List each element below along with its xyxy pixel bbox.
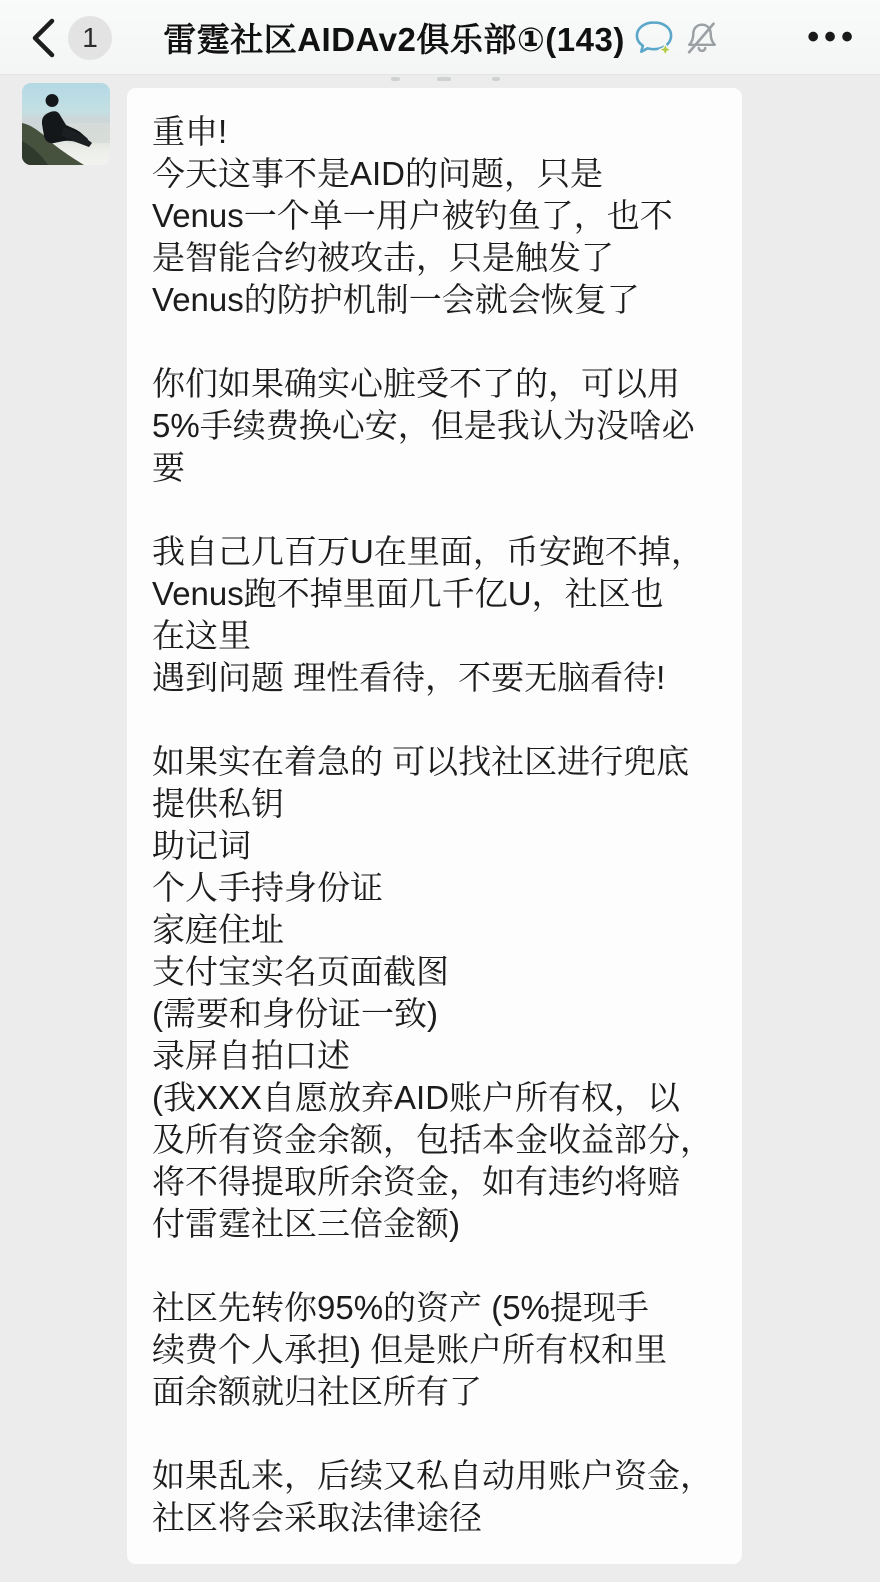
message-line: 如果实在着急的 可以找社区进行兜底 [152,741,718,783]
message-line: Venus的防护机制一会就会恢复了 [152,279,718,321]
sender-avatar[interactable] [22,83,110,165]
message-line [152,1413,718,1455]
message-line: 续费个人承担) 但是账户所有权和里 [152,1329,718,1371]
more-menu-button[interactable]: ••• [807,0,858,75]
avatar-photo [22,83,110,165]
message-line [152,489,718,531]
group-notice-bubble-icon [633,18,675,58]
message-line: Venus跑不掉里面几千亿U，社区也 [152,573,718,615]
title-cluster: 雷霆社区AIDAv2俱乐部①(143) [0,0,884,75]
mute-bell-icon [683,19,721,57]
message-line: 今天这事不是AID的问题，只是 [152,153,718,195]
message-line: 在这里 [152,615,718,657]
message-line: 提供私钥 [152,783,718,825]
unread-count-badge: 1 [68,16,112,60]
message-line: 我自己几百万U在里面，币安跑不掉， [152,531,718,573]
chat-header: 1 雷霆社区AIDAv2俱乐部①(143) ••• [0,0,884,75]
message-line: (需要和身份证一致) [152,993,718,1035]
message-line: 要 [152,447,718,489]
message-line: 遇到问题 理性看待，不要无脑看待! [152,657,718,699]
message-line: 社区先转你95%的资产 (5%提现手 [152,1287,718,1329]
message-line [152,1245,718,1287]
message-line: 及所有资金余额，包括本金收益部分， [152,1119,718,1161]
message-bubble: 重申!今天这事不是AID的问题，只是Venus一个单一用户被钓鱼了，也不是智能合… [127,88,742,1564]
message-line: 社区将会采取法律途径 [152,1497,718,1539]
message-line: 录屏自拍口述 [152,1035,718,1077]
message-line: 付雷霆社区三倍金额) [152,1203,718,1245]
message-text: 重申!今天这事不是AID的问题，只是Venus一个单一用户被钓鱼了，也不是智能合… [152,111,718,1539]
message-line: 支付宝实名页面截图 [152,951,718,993]
message-line: 面余额就归社区所有了 [152,1371,718,1413]
message-line: 助记词 [152,825,718,867]
message-line: 重申! [152,111,718,153]
screenshot-edge [880,0,884,1582]
message-line: 如果乱来，后续又私自动用账户资金， [152,1455,718,1497]
back-chevron-icon [30,18,56,58]
screenshot-artifact [437,77,451,81]
message-line: 5%手续费换心安，但是我认为没啥必 [152,405,718,447]
message-line [152,699,718,741]
message-line: 是智能合约被攻击，只是触发了 [152,237,718,279]
message-line: (我XXX自愿放弃AID账户所有权，以 [152,1077,718,1119]
wechat-group-chat-screen: 1 雷霆社区AIDAv2俱乐部①(143) ••• [0,0,884,1582]
group-title: 雷霆社区AIDAv2俱乐部①(143) [163,14,625,61]
message-line: 家庭住址 [152,909,718,951]
message-line [152,321,718,363]
message-line: 个人手持身份证 [152,867,718,909]
message-line: Venus一个单一用户被钓鱼了，也不 [152,195,718,237]
message-line: 你们如果确实心脏受不了的，可以用 [152,363,718,405]
screenshot-artifact [492,77,500,81]
message-line: 将不得提取所余资金，如有违约将赔 [152,1161,718,1203]
screenshot-artifact [391,77,400,81]
back-button[interactable]: 1 [30,0,112,75]
